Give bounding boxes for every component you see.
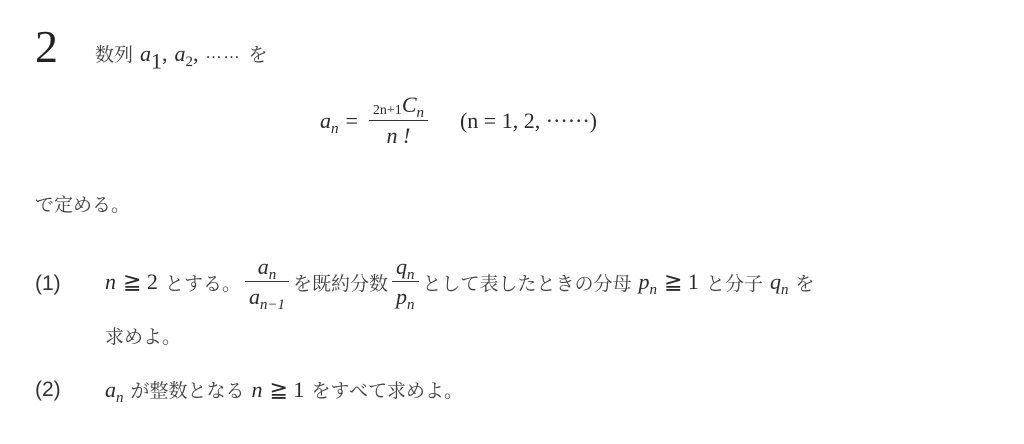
display-formula: an = 2n+1Cn n ! (n = 1, 2, ······) <box>320 92 597 149</box>
formula-range: (n = 1, 2, ······) <box>460 108 597 134</box>
ellipsis: …… <box>206 45 242 63</box>
formula-numerator: 2n+1Cn <box>369 92 428 121</box>
part-2-line: an が整数となる n ≧ 1 をすべて求めよ。 <box>105 376 463 403</box>
formula-equals: = <box>345 108 357 134</box>
ratio-fraction: an an−1 <box>245 254 289 310</box>
problem-number: 2 <box>35 20 58 73</box>
part-1-line-2: 求めよ。 <box>105 322 181 349</box>
formula-denominator: n ! <box>369 121 428 149</box>
seq-a2: a2 <box>175 41 193 67</box>
part-2-label: (2) <box>35 378 61 402</box>
formula-fraction: 2n+1Cn n ! <box>369 92 428 149</box>
intro-tail: を <box>249 40 268 67</box>
seq-a1: a1 <box>140 41 162 67</box>
part-1-line-1: n ≧ 2 とする。 an an−1 を既約分数 qn pn として表したときの… <box>105 254 814 310</box>
intro-line: 数列 a1 , a2 , …… を <box>95 40 268 67</box>
definition-end: で定める。 <box>35 190 130 217</box>
formula-lhs: an <box>320 108 338 134</box>
intro-lead: 数列 <box>95 40 133 67</box>
part-1-label: (1) <box>35 272 61 296</box>
reduced-fraction: qn pn <box>392 254 418 310</box>
